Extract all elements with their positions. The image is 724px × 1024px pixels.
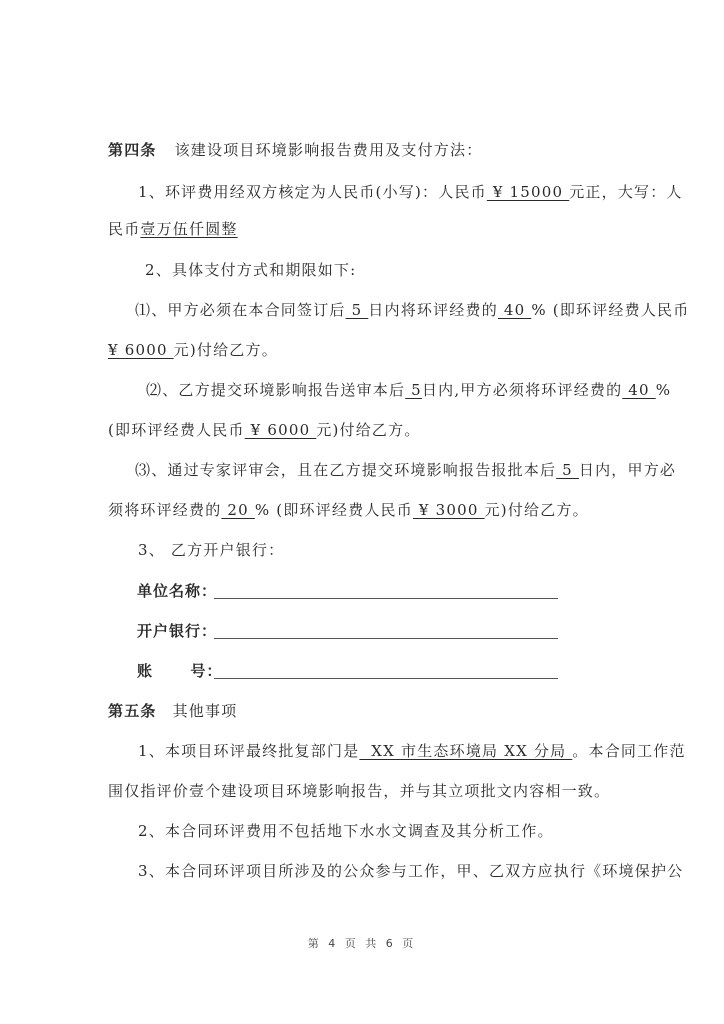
article4-item2: 2、具体支付方式和期限如下:: [145, 260, 356, 280]
article4-heading: 第四条: [108, 141, 157, 159]
sub3-line1: ⑶、通过专家评审会，且在乙方提交环境影响报告报批本后 5 日内，甲方必: [135, 460, 676, 480]
a5-item1-prefix: 1、本项目环评最终批复部门是: [138, 742, 359, 760]
item1-line2-prefix: 民币: [108, 220, 140, 238]
fee-amount-small: ¥ 15000: [487, 183, 569, 201]
bank-field-account[interactable]: 账 号：: [137, 661, 213, 681]
bank-field-unit-name[interactable]: 单位名称：: [137, 581, 213, 601]
sub1-percent: 40: [498, 301, 531, 319]
sub1-line2: ¥ 6000 元)付给乙方。: [108, 340, 278, 360]
article4-item1-line1: 1、环评费用经双方核定为人民币(小写)：人民币 ¥ 15000 元正，大写：人: [138, 182, 683, 202]
sub3-prefix: ⑶、通过专家评审会，且在乙方提交环境影响报告报批本后: [135, 461, 556, 479]
item1-mid: 元正，大写：人: [569, 183, 682, 201]
article5-item3: 3、本合同环评项目所涉及的公众参与工作，甲、乙双方应执行《环境保护公: [138, 861, 683, 881]
article5-item2: 2、本合同环评费用不包括地下水水文调查及其分析工作。: [138, 821, 554, 841]
article5-heading: 第五条: [108, 702, 157, 720]
article4-item1-line2: 民币壹万伍仟圆整: [108, 219, 238, 239]
sub3-amount: ¥ 3000: [413, 501, 485, 519]
page-number: 第 4 页 共 6 页: [0, 935, 724, 951]
bank-field-bank[interactable]: 开户银行：: [137, 621, 213, 641]
account-blank[interactable]: [214, 678, 558, 679]
sub2-suffix: %: [656, 381, 671, 399]
article5-heading-line: 第五条其他事项: [108, 701, 237, 721]
sub3-days: 5: [556, 461, 579, 479]
article5-title: 其他事项: [173, 702, 238, 720]
sub1-suffix: % (即环评经费人民币: [531, 301, 689, 319]
sub2-prefix: ⑵、乙方提交环境影响报告送审本后: [146, 381, 405, 399]
sub2-days: 5: [405, 381, 422, 399]
article4-item3: 3、 乙方开户银行：: [138, 540, 284, 560]
sub2-line2-prefix: (即环评经费人民币: [108, 421, 245, 439]
sub1-line1: ⑴、甲方必须在本合同签订后 5 日内将环评经费的 40 % (即环评经费人民币: [135, 300, 689, 320]
approval-department: XX 市生态环境局 XX 分局: [359, 742, 572, 760]
sub2-line2-suffix: 元)付给乙方。: [316, 421, 420, 439]
sub1-mid: 日内将环评经费的: [368, 301, 498, 319]
sub1-days: 5: [346, 301, 369, 319]
article4-heading-line: 第四条该建设项目环境影响报告费用及支付方法：: [108, 140, 482, 160]
fee-amount-big: 壹万伍仟圆整: [140, 220, 237, 238]
sub3-line2-suffix: 元)付给乙方。: [485, 501, 589, 519]
sub3-line2-prefix: 须将环评经费的: [108, 501, 221, 519]
sub3-percent: 20: [221, 501, 254, 519]
bank-blank[interactable]: [214, 638, 558, 639]
sub3-line2-mid: % (即环评经费人民币: [255, 501, 413, 519]
sub3-mid: 日内，甲方必: [579, 461, 676, 479]
sub1-prefix: ⑴、甲方必须在本合同签订后: [135, 301, 346, 319]
article5-item1-line2: 围仅指评价壹个建设项目环境影响报告，并与其立项批文内容相一致。: [108, 781, 610, 801]
article5-item1-line1: 1、本项目环评最终批复部门是 XX 市生态环境局 XX 分局 。本合同工作范: [138, 741, 686, 761]
a5-item1-suffix: 。本合同工作范: [572, 742, 685, 760]
sub2-percent: 40: [622, 381, 655, 399]
item1-prefix: 1、环评费用经双方核定为人民币(小写)：人民币: [138, 183, 487, 201]
sub2-line1: ⑵、乙方提交环境影响报告送审本后 5日内,甲方必须将环评经费的 40 %: [146, 380, 671, 400]
sub2-mid: 日内,甲方必须将环评经费的: [422, 381, 622, 399]
field-label: 账 号：: [137, 661, 213, 681]
sub2-line2: (即环评经费人民币 ¥ 6000 元)付给乙方。: [108, 420, 421, 440]
sub1-line2-suffix: 元)付给乙方。: [174, 341, 278, 359]
sub3-line2: 须将环评经费的 20 % (即环评经费人民币 ¥ 3000 元)付给乙方。: [108, 500, 589, 520]
field-label: 单位名称：: [137, 581, 213, 601]
article4-title: 该建设项目环境影响报告费用及支付方法：: [175, 141, 483, 159]
sub2-amount: ¥ 6000: [245, 421, 317, 439]
sub1-amount: ¥ 6000: [108, 341, 174, 359]
unit-name-blank[interactable]: [214, 598, 558, 599]
document-page: 第四条该建设项目环境影响报告费用及支付方法： 1、环评费用经双方核定为人民币(小…: [0, 0, 724, 1024]
field-label: 开户银行：: [137, 621, 213, 641]
